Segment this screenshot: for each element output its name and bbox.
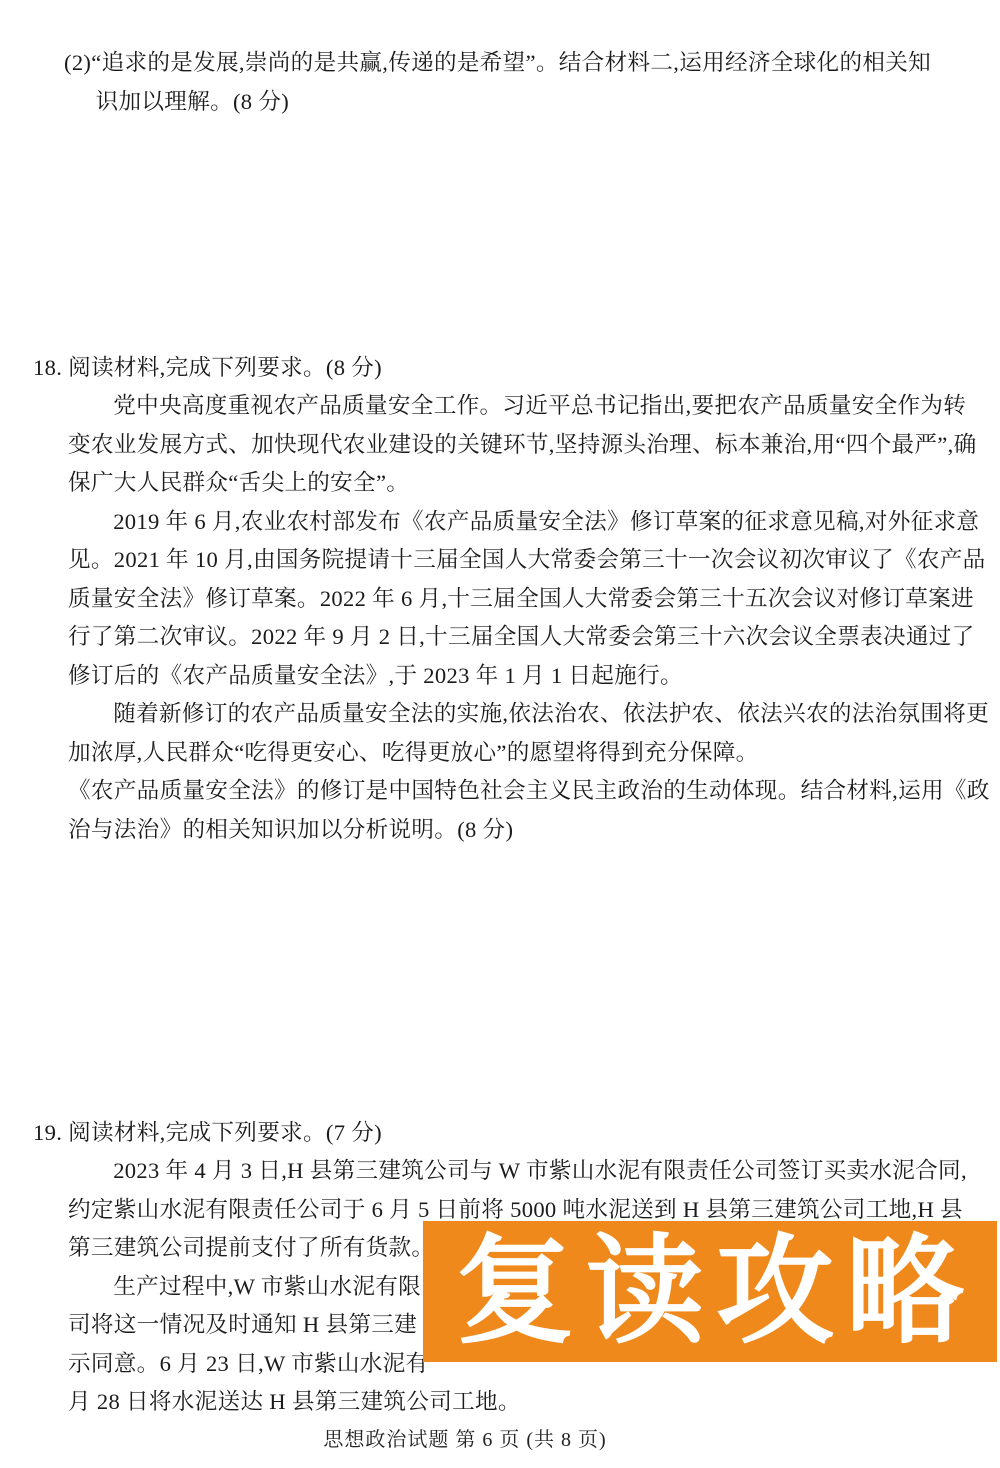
text-line: 党中央高度重视农产品质量安全工作。习近平总书记指出,要把农产品质量安全作为转 xyxy=(68,387,990,426)
text-line: 变农业发展方式、加快现代农业建设的关键环节,坚持源头治理、标本兼治,用“四个最严… xyxy=(68,426,990,465)
text-line: 保广大人民群众“舌尖上的安全”。 xyxy=(68,464,990,503)
text-line: 行了第二次审议。2022 年 9 月 2 日,十三届全国人大常委会第三十六次会议… xyxy=(68,618,990,657)
watermark-banner: 复读攻略 xyxy=(423,1221,997,1362)
text-line: 月 28 日将水泥送达 H 县第三建筑公司工地。 xyxy=(68,1383,967,1422)
question-19-heading: 19. 阅读材料,完成下列要求。(7 分) xyxy=(33,1114,382,1153)
text-line: 治与法治》的相关知识加以分析说明。(8 分) xyxy=(68,811,990,850)
text-line: 见。2021 年 10 月,由国务院提请十三届全国人大常委会第三十一次会议初次审… xyxy=(68,541,990,580)
text-line: 《农产品质量安全法》的修订是中国特色社会主义民主政治的生动体现。结合材料,运用《… xyxy=(68,772,990,811)
text-line: 修订后的《农产品质量安全法》,于 2023 年 1 月 1 日起施行。 xyxy=(68,657,990,696)
question-18-body: 党中央高度重视农产品质量安全工作。习近平总书记指出,要把农产品质量安全作为转变农… xyxy=(68,387,990,849)
exam-page: (2)“追求的是发展,崇尚的是共赢,传递的是希望”。结合材料二,运用经济全球化的… xyxy=(0,0,1000,1468)
watermark-text: 复读攻略 xyxy=(456,1233,976,1351)
question-18-heading: 18. 阅读材料,完成下列要求。(8 分) xyxy=(33,349,382,388)
text-line: 2019 年 6 月,农业农村部发布《农产品质量安全法》修订草案的征求意见稿,对… xyxy=(68,503,990,542)
question-17-part2: (2)“追求的是发展,崇尚的是共赢,传递的是希望”。结合材料二,运用经济全球化的… xyxy=(64,44,931,121)
text-line: (2)“追求的是发展,崇尚的是共赢,传递的是希望”。结合材料二,运用经济全球化的… xyxy=(64,44,931,83)
page-footer: 思想政治试题 第 6 页 (共 8 页) xyxy=(0,1426,930,1454)
text-line: 质量安全法》修订草案。2022 年 6 月,十三届全国人大常委会第三十五次会议对… xyxy=(68,580,990,619)
text-line: 2023 年 4 月 3 日,H 县第三建筑公司与 W 市紫山水泥有限责任公司签… xyxy=(68,1152,967,1191)
text-line: 随着新修订的农产品质量安全法的实施,依法治农、依法护农、依法兴农的法治氛围将更 xyxy=(68,695,990,734)
text-line: 加浓厚,人民群众“吃得更安心、吃得更放心”的愿望将得到充分保障。 xyxy=(68,734,990,773)
text-line: 识加以理解。(8 分) xyxy=(64,83,931,122)
